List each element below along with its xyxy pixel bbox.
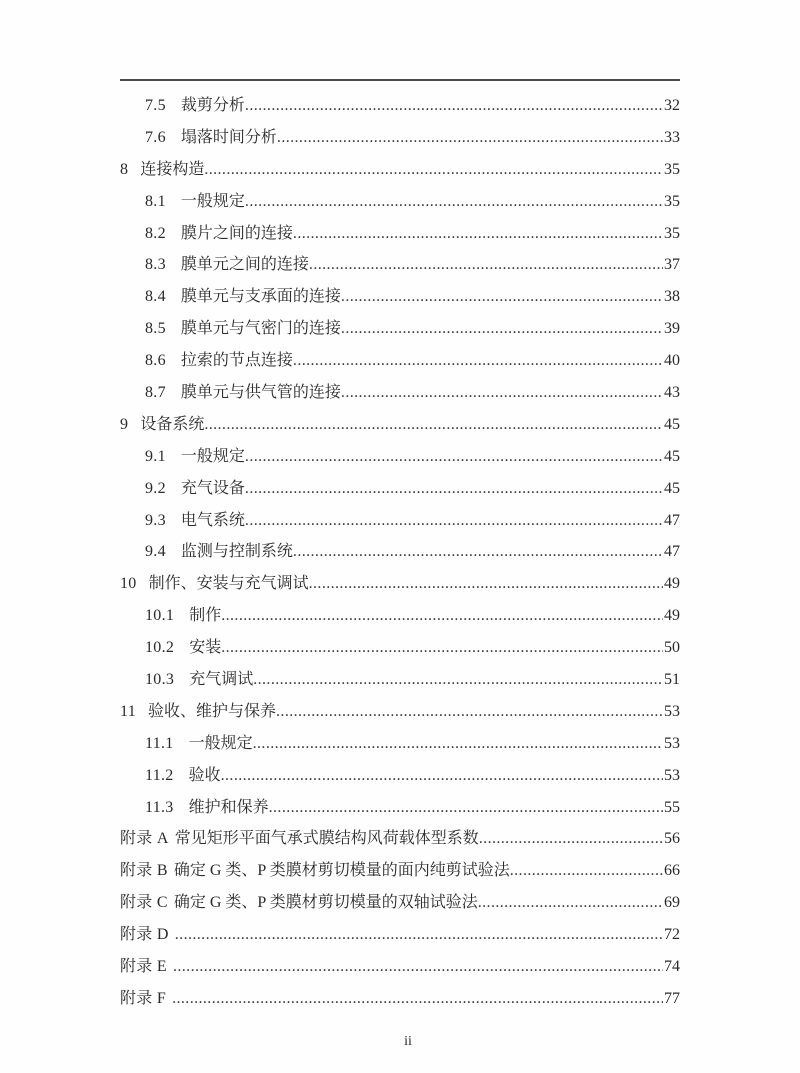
- dot-leader: ........................................…: [293, 536, 663, 568]
- toc-entry: 附录 B确定 G 类、P 类膜材剪切模量的面内纯剪试验法............…: [120, 855, 680, 887]
- toc-entry: 8.4膜单元与支承面的连接...........................…: [120, 281, 680, 313]
- dot-leader: ........................................…: [245, 90, 663, 122]
- toc-entry-page: 45: [663, 441, 680, 473]
- toc-entry-page: 66: [663, 855, 680, 887]
- toc-entry-page: 53: [663, 760, 680, 792]
- toc-entry-number: 8.4: [145, 281, 166, 313]
- toc-entry-number: 7.6: [145, 122, 166, 154]
- toc-entry-title: 一般规定: [189, 728, 253, 760]
- toc-entry: 附录 A常见矩形平面气承式膜结构风荷载体型系数.................…: [120, 823, 680, 855]
- toc-entry-number: 9.4: [145, 536, 166, 568]
- toc-entry-page: 35: [663, 218, 680, 250]
- dot-leader: ........................................…: [293, 345, 663, 377]
- toc-entry-title: 制作: [189, 600, 221, 632]
- toc-entry-page: 39: [663, 313, 680, 345]
- dot-leader: ........................................…: [341, 281, 663, 313]
- dot-leader: ........................................…: [479, 823, 663, 855]
- toc-entry: 11.3维护和保养...............................…: [120, 792, 680, 824]
- toc-entry: 11.1一般规定................................…: [120, 728, 680, 760]
- toc-entry-number: 9.1: [145, 441, 166, 473]
- toc-entry-title: 设备系统: [140, 409, 204, 441]
- toc-entry-number: 10: [120, 568, 137, 600]
- toc-entry-title: 常见矩形平面气承式膜结构风荷载体型系数: [175, 823, 479, 855]
- dot-leader: ........................................…: [269, 792, 663, 824]
- toc-entry-number: 8.2: [145, 218, 166, 250]
- toc-entry: 9设备系统...................................…: [120, 409, 680, 441]
- toc-entry-page: 50: [663, 632, 680, 664]
- toc-entry-title: 一般规定: [181, 441, 245, 473]
- toc-entry-title: 验收、维护与保养: [148, 696, 276, 728]
- toc-entry-title: 裁剪分析: [181, 90, 245, 122]
- toc-entry-page: 53: [663, 696, 680, 728]
- toc-entry-page: 49: [663, 600, 680, 632]
- toc-entry-number: 8: [120, 154, 128, 186]
- dot-leader: ........................................…: [293, 218, 663, 250]
- toc-entry-page: 77: [663, 983, 680, 1015]
- toc-entry-title: 制作、安装与充气调试: [149, 568, 309, 600]
- toc-entry-number: 附录 F: [120, 983, 166, 1015]
- toc-entry-number: 8.5: [145, 313, 166, 345]
- toc-entry-title: 塌落时间分析: [181, 122, 277, 154]
- toc-entry-title: 膜单元与气密门的连接: [181, 313, 341, 345]
- toc-entry-number: 附录 E: [120, 951, 167, 983]
- toc-entry: 9.1一般规定.................................…: [120, 441, 680, 473]
- toc-entry-page: 32: [663, 90, 680, 122]
- toc-entry-title: 维护和保养: [189, 792, 269, 824]
- toc-entry: 10.3充气调试................................…: [120, 664, 680, 696]
- toc-entry-page: 43: [663, 377, 680, 409]
- dot-leader: ........................................…: [253, 664, 663, 696]
- toc-entry-page: 35: [663, 154, 680, 186]
- dot-leader: ........................................…: [253, 728, 663, 760]
- toc-entry-number: 9: [120, 409, 128, 441]
- dot-leader: ........................................…: [221, 600, 663, 632]
- document-page: 7.5裁剪分析.................................…: [0, 0, 800, 1073]
- dot-leader: ........................................…: [204, 409, 663, 441]
- toc-entry-number: 10.1: [145, 600, 174, 632]
- dot-leader: ........................................…: [245, 441, 663, 473]
- toc-entry-page: 56: [663, 823, 680, 855]
- toc-entry-page: 69: [663, 887, 680, 919]
- toc-entry-page: 37: [663, 249, 680, 281]
- toc-entry-title: 充气调试: [189, 664, 253, 696]
- toc-entry: 附录 F....................................…: [120, 983, 680, 1015]
- toc-entry: 10制作、安装与充气调试............................…: [120, 568, 680, 600]
- toc-entry: 8.7膜单元与供气管的连接...........................…: [120, 377, 680, 409]
- toc-entry-number: 10.2: [145, 632, 174, 664]
- dot-leader: ........................................…: [245, 186, 663, 218]
- toc-entry: 8.2膜片之间的连接..............................…: [120, 218, 680, 250]
- dot-leader: ........................................…: [172, 983, 663, 1015]
- dot-leader: ........................................…: [175, 919, 663, 951]
- toc-entry-number: 8.3: [145, 249, 166, 281]
- toc-entry-page: 74: [663, 951, 680, 983]
- toc-entry-title: 拉索的节点连接: [181, 345, 293, 377]
- toc-entry-title: 电气系统: [181, 505, 245, 537]
- toc-entry-page: 51: [663, 664, 680, 696]
- toc-entry-page: 45: [663, 473, 680, 505]
- toc-entry: 11验收、维护与保养..............................…: [120, 696, 680, 728]
- toc-entry-page: 47: [663, 505, 680, 537]
- toc-entry-number: 11.1: [145, 728, 174, 760]
- dot-leader: ........................................…: [221, 760, 663, 792]
- toc-entry-number: 附录 B: [120, 855, 168, 887]
- dot-leader: ........................................…: [245, 473, 663, 505]
- toc-entry-page: 49: [663, 568, 680, 600]
- toc-entry-number: 10.3: [145, 664, 174, 696]
- dot-leader: ........................................…: [309, 568, 663, 600]
- toc-entry: 附录 E....................................…: [120, 951, 680, 983]
- toc-entry-title: 安装: [189, 632, 221, 664]
- toc-entry-page: 55: [663, 792, 680, 824]
- dot-leader: ........................................…: [309, 249, 663, 281]
- dot-leader: ........................................…: [245, 505, 663, 537]
- toc-entry-number: 11: [120, 696, 136, 728]
- toc-entry: 8连接构造...................................…: [120, 154, 680, 186]
- toc-entry: 8.5膜单元与气密门的连接...........................…: [120, 313, 680, 345]
- toc-entry-page: 40: [663, 345, 680, 377]
- toc-entry-title: 确定 G 类、P 类膜材剪切模量的面内纯剪试验法: [174, 855, 510, 887]
- toc-entry: 9.2充气设备.................................…: [120, 473, 680, 505]
- toc-entry: 11.2验收..................................…: [120, 760, 680, 792]
- footer-page-number: ii: [404, 1034, 412, 1049]
- dot-leader: ........................................…: [341, 377, 663, 409]
- toc-entry: 7.5裁剪分析.................................…: [120, 90, 680, 122]
- toc-entry-title: 膜片之间的连接: [181, 218, 293, 250]
- toc-entry: 10.2安装..................................…: [120, 632, 680, 664]
- toc-entry-number: 8.1: [145, 186, 166, 218]
- toc-entry: 附录 C确定 G 类、P 类膜材剪切模量的双轴试验法..............…: [120, 887, 680, 919]
- toc-entry-number: 附录 A: [120, 823, 169, 855]
- toc-entry-number: 9.3: [145, 505, 166, 537]
- toc-entry-title: 一般规定: [181, 186, 245, 218]
- toc-entry-number: 7.5: [145, 90, 166, 122]
- toc-entry-page: 72: [663, 919, 680, 951]
- toc-entry-page: 35: [663, 186, 680, 218]
- dot-leader: ........................................…: [341, 313, 663, 345]
- page-footer: ii: [120, 1034, 696, 1050]
- toc-entry-title: 膜单元与供气管的连接: [181, 377, 341, 409]
- dot-leader: ........................................…: [221, 632, 663, 664]
- toc-entry-number: 附录 D: [120, 919, 169, 951]
- toc-entry: 8.6拉索的节点连接..............................…: [120, 345, 680, 377]
- toc-entry: 7.6塌落时间分析...............................…: [120, 122, 680, 154]
- toc-entry-page: 38: [663, 281, 680, 313]
- toc-entry-title: 充气设备: [181, 473, 245, 505]
- header-rule: [120, 79, 680, 81]
- dot-leader: ........................................…: [276, 696, 663, 728]
- toc-entry: 9.3电气系统.................................…: [120, 505, 680, 537]
- toc-entry: 10.1制作..................................…: [120, 600, 680, 632]
- toc-entry-title: 验收: [189, 760, 221, 792]
- toc-entry-title: 确定 G 类、P 类膜材剪切模量的双轴试验法: [174, 887, 478, 919]
- dot-leader: ........................................…: [204, 154, 663, 186]
- toc-entry-number: 附录 C: [120, 887, 168, 919]
- toc-entry: 8.1一般规定.................................…: [120, 186, 680, 218]
- table-of-contents: 7.5裁剪分析.................................…: [120, 90, 680, 1015]
- toc-entry-number: 8.7: [145, 377, 166, 409]
- toc-entry-title: 膜单元与支承面的连接: [181, 281, 341, 313]
- toc-entry-number: 11.2: [145, 760, 174, 792]
- toc-entry-page: 33: [663, 122, 680, 154]
- toc-entry-number: 11.3: [145, 792, 174, 824]
- toc-entry: 9.4监测与控制系统..............................…: [120, 536, 680, 568]
- toc-entry: 8.3膜单元之间的连接.............................…: [120, 249, 680, 281]
- toc-entry: 附录 D....................................…: [120, 919, 680, 951]
- toc-entry-title: 监测与控制系统: [181, 536, 293, 568]
- toc-entry-number: 9.2: [145, 473, 166, 505]
- dot-leader: ........................................…: [510, 855, 663, 887]
- dot-leader: ........................................…: [478, 887, 663, 919]
- dot-leader: ........................................…: [173, 951, 663, 983]
- toc-entry-page: 53: [663, 728, 680, 760]
- toc-entry-title: 连接构造: [140, 154, 204, 186]
- dot-leader: ........................................…: [277, 122, 663, 154]
- toc-entry-number: 8.6: [145, 345, 166, 377]
- toc-entry-page: 45: [663, 409, 680, 441]
- toc-entry-title: 膜单元之间的连接: [181, 249, 309, 281]
- toc-entry-page: 47: [663, 536, 680, 568]
